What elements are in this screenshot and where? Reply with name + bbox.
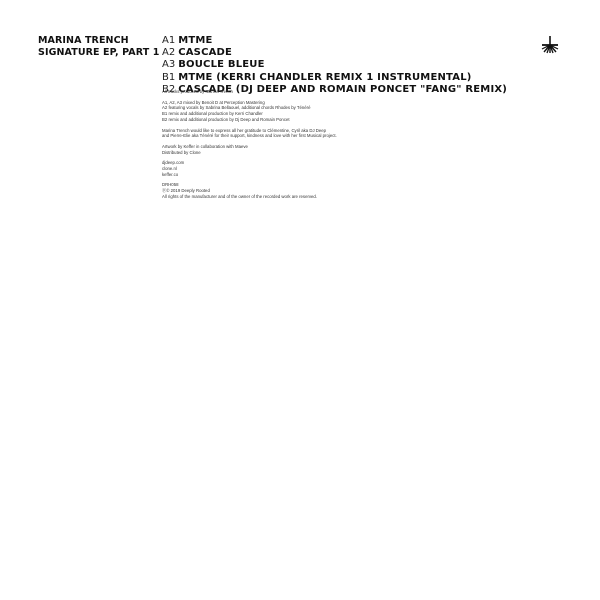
credit-line: B2 remix and additional production by Dj… [162,117,337,123]
track-title: CASCADE [178,47,232,58]
legal-info: DRH058 ⓟ© 2019 Deeply Rooted All rights … [162,182,337,199]
release-header: MARINA TRENCH SIGNATURE EP, PART 1 [38,35,159,59]
deeply-rooted-root-icon [540,35,560,55]
credit-line: Distributed by Clone [162,150,337,156]
mix-credits: A1, A2, A3 mixed by Benoit D at Percepti… [162,100,337,123]
rights-notice: All rights of the manufacturer and of th… [162,194,337,200]
credit-line: and Pierre-Elie aka Ténéré for their sup… [162,133,337,139]
credit-line: All tracks produced by Marina Trench [162,89,337,95]
track-position: B1 [162,72,175,83]
track-position: A2 [162,47,175,58]
track-title: BOUCLE BLEUE [178,59,264,70]
artist-name: MARINA TRENCH [38,35,159,47]
artwork-credits: Artwork by Keffer in collaboration with … [162,144,337,155]
track-row: A2CASCADE [162,47,507,59]
track-title: MTME [178,35,212,46]
links: djdeep.com clone.nl keffer.co [162,160,337,177]
track-row: A1MTME [162,35,507,47]
credits-block: All tracks produced by Marina Trench A1,… [162,89,337,205]
link-keffer: keffer.co [162,172,337,178]
tracklist: A1MTME A2CASCADE A3BOUCLE BLEUE B1MTME (… [162,35,507,96]
track-row: A3BOUCLE BLEUE [162,59,507,71]
track-position: A1 [162,35,175,46]
producer-credit: All tracks produced by Marina Trench [162,89,337,95]
track-title: MTME (KERRI CHANDLER REMIX 1 INSTRUMENTA… [178,72,471,83]
release-title: SIGNATURE EP, PART 1 [38,47,159,59]
track-row: B1MTME (KERRI CHANDLER REMIX 1 INSTRUMEN… [162,72,507,84]
track-position: A3 [162,59,175,70]
gratitude-note: Marina Trench would like to express all … [162,128,337,139]
